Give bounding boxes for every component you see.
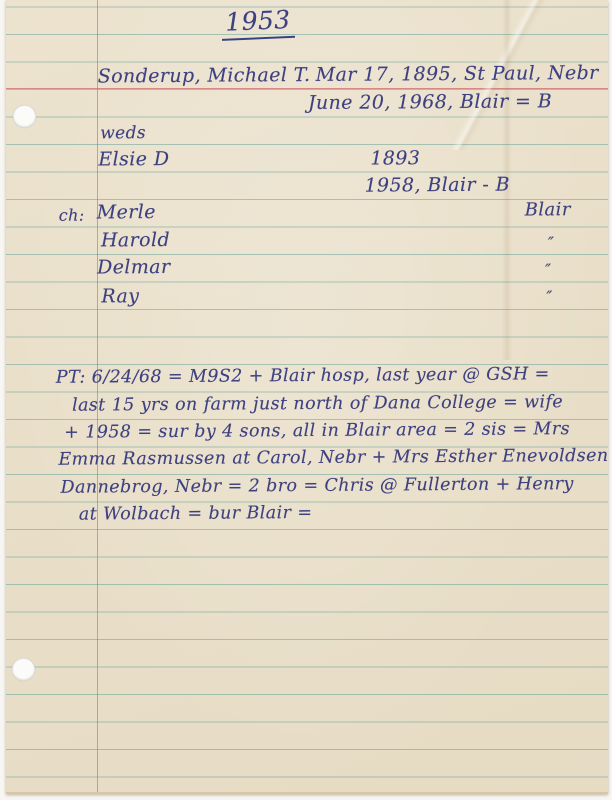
ditto-mark: ″ — [546, 289, 553, 305]
person-name: Sonderup, Michael T. — [98, 66, 311, 86]
obituary-note-line: at Wolbach = bur Blair = — [79, 505, 313, 524]
obituary-note-line: Dannebrog, Nebr = 2 bro = Chris @ Fuller… — [61, 476, 574, 497]
child-name: Merle — [97, 203, 156, 222]
child-residence: Blair — [525, 201, 571, 219]
notebook-paper: 1953 Sonderup, Michael T. Mar 17, 1895, … — [6, 0, 608, 794]
ditto-mark: ″ — [545, 262, 552, 278]
child-name: Harold — [101, 231, 170, 250]
year-heading: 1953 — [221, 7, 295, 41]
child-name: Delmar — [97, 258, 171, 278]
child-name: Ray — [101, 287, 139, 306]
obituary-note-line: PT: 6/24/68 = M9S2 + Blair hosp, last ye… — [56, 366, 550, 387]
spouse-birth: 1893 — [370, 149, 420, 168]
children-label: ch: — [59, 208, 85, 224]
obituary-note-line: Emma Rasmussen at Carol, Nebr + Mrs Esth… — [58, 448, 608, 469]
person-birth: Mar 17, 1895, St Paul, Nebr — [316, 64, 599, 85]
person-death: June 20, 1968, Blair = B — [308, 92, 552, 113]
scanned-notebook-page: 1953 Sonderup, Michael T. Mar 17, 1895, … — [0, 0, 612, 800]
spouse-name: Elsie D — [98, 150, 169, 169]
obituary-note-line: + 1958 = sur by 4 sons, all in Blair are… — [64, 421, 570, 442]
spouse-death: 1958, Blair - B — [364, 176, 510, 196]
weds-label: weds — [100, 125, 146, 142]
handwritten-content: 1953 Sonderup, Michael T. Mar 17, 1895, … — [6, 0, 608, 794]
ditto-mark: ″ — [548, 235, 555, 251]
obituary-note-line: last 15 yrs on farm just north of Dana C… — [72, 394, 563, 415]
